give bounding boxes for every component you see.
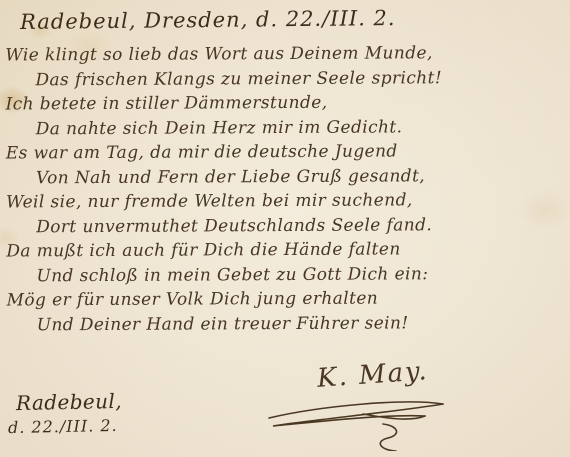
footer-place: Radebeul, (16, 389, 122, 415)
signature-flourish-icon (265, 396, 460, 451)
poem-line-9: Da mußt ich auch für Dich die Hände falt… (6, 237, 566, 264)
footer-date: d. 22./III. 2. (8, 416, 118, 437)
poem-line-12: Und Deiner Hand ein treuer Führer sein! (7, 310, 567, 337)
poem-line-4: Da nahte sich Dein Herz mir im Gedicht. (6, 114, 566, 141)
poem-line-3: Ich betete in stiller Dämmerstunde, (5, 90, 565, 117)
poem-line-2: Das frischen Klangs zu meiner Seele spri… (5, 65, 565, 92)
poem-body: Wie klingt so lieb das Wort aus Deinem M… (5, 41, 567, 338)
poem-line-8: Dort unvermuthet Deutschlands Seele fand… (6, 212, 566, 239)
poem-line-11: Mög er für unser Volk Dich jung erhalten (7, 286, 567, 313)
header-dateline: Radebeul, Dresden, d. 22./III. 2. (20, 6, 396, 34)
signature-karl-may: K. May. (265, 358, 460, 453)
poem-line-7: Weil sie, nur fremde Welten bei mir such… (6, 188, 566, 215)
manuscript-page: Radebeul, Dresden, d. 22./III. 2. Wie kl… (0, 0, 570, 457)
signature-name-text: K. May. (316, 356, 429, 394)
poem-line-1: Wie klingt so lieb das Wort aus Deinem M… (5, 41, 565, 68)
poem-line-5: Es war am Tag, da mir die deutsche Jugen… (6, 139, 566, 166)
poem-line-10: Und schloß in mein Gebet zu Gott Dich ei… (6, 261, 566, 288)
poem-line-6: Von Nah und Fern der Liebe Gruß gesandt, (6, 163, 566, 190)
